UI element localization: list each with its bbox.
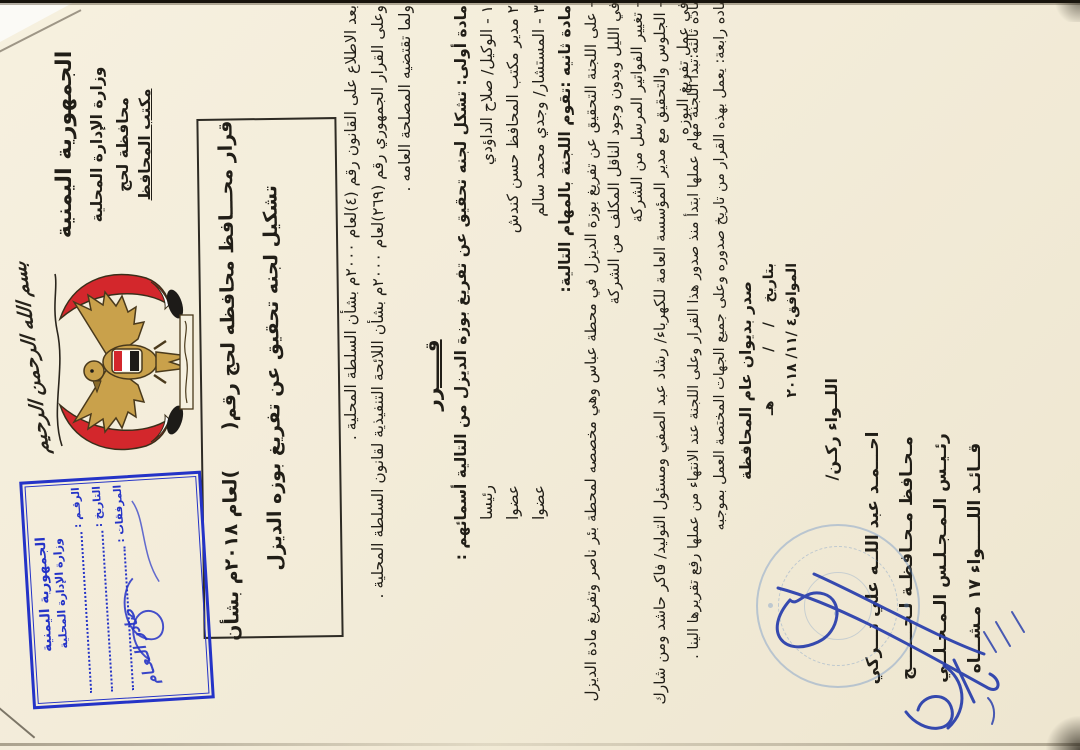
preamble-line: بعد الاطلاع على القانون رقم (٤)لعام ٢٠٠٠… [338,5,365,705]
office-name: مكتب المحافظ [138,17,154,272]
dotted-leader [93,531,113,692]
decree-title-box: قرار محـــافظ محافظه لحج رقم( )لعام ٢٠١٨… [196,117,343,639]
scan-corner-bottom-right [1046,716,1080,750]
member-row: ١ - الوكيل/ صلاح الداؤدي رئيسا [478,5,504,705]
decree-title-line1: قرار محـــافظ محافظه لحج رقم( )لعام ٢٠١٨… [214,120,243,636]
member-name: ٢ مدير مكتب المحافظ حسن كندش [504,5,522,233]
scanned-decree-document: بسم الله الرحمن الرحيم [0,0,1080,750]
stamp-number-row: الرقـم : [70,487,95,697]
article4: ماده رابعة: يعمل بهذه القرار من تاريخ صد… [712,0,728,710]
stamp-number-label: الرقـم : [70,487,84,528]
member-row: ٢ مدير مكتب المحافظ حسن كندش عضوا [504,5,530,705]
task-line: - تغيير الفواتير المرسل من الشركة [626,2,649,708]
issued-at-line: صدر بديوان عام المحافظة [736,263,756,498]
decree-word-wrap: قـــــرر [420,0,444,750]
ministry-name: وزارة الإدارة المحلية [90,17,106,272]
member-name: ١ - الوكيل/ صلاح الداؤدي [478,5,496,165]
member-name: ٣ - المستشار/ وجدي محمد سالم [530,5,548,217]
preamble-line: ولما تقتضيه المصلحة العامه . [392,5,419,705]
preamble-line: وعلى القرار الجمهوري رقم (٢٦٩)لعام ٢٠٠٠م… [365,5,392,705]
scan-corner-top-right [1054,0,1080,22]
gregorian-date-line: الموافق٤ /١١/ ٢٠١٨ [782,263,802,498]
decree-word: قـــــرر [420,339,444,410]
article1-intro: مادة أولى: تشكل لجنه تحقيق عن تفريغ بوزة… [452,5,470,705]
member-role: عضوا [530,485,548,520]
preamble: بعد الاطلاع على القانون رقم (٤)لعام ٢٠٠٠… [338,5,419,705]
registry-stamp: الجمهورية اليمنية وزارة الإدارة المحلية … [19,471,215,710]
article2-intro: مادة ثانيه :تقوم اللجنة بالمهام التالية: [556,5,574,705]
issuance-block: صدر بديوان عام المحافظة بتاريخ / / هـ ال… [736,263,802,498]
signatory-rank: اللــواء ركـن/ [822,378,841,528]
scan-corner-wedge [0,0,78,42]
stamp-date-row: التاريخ : [91,486,116,696]
member-role: رئيسا [478,485,496,520]
stamp-attachments-row: المرفقات : [112,484,137,694]
committee-members: ١ - الوكيل/ صلاح الداؤدي رئيسا ٢ مدير مك… [478,5,556,705]
dotted-leader [72,532,92,694]
task-line: - على اللجنة التحقيق عن تفريغ بوزة الديز… [580,2,626,708]
country-name: الجمهورية اليمنية [54,17,76,272]
article3: ماده ثالثه:تبدأ اللجنة مهام عملها ابتدأ … [686,0,702,710]
yemen-national-emblem-icon [48,257,200,467]
scan-top-edge-shadow [0,3,1080,5]
stamp-date-label: التاريخ : [91,486,105,528]
letterhead: الجمهورية اليمنية وزارة الإدارة المحلية … [54,17,154,272]
scan-bottom-streak [0,743,1080,746]
member-row: ٣ - المستشار/ وجدي محمد سالم عضوا [530,5,556,705]
governorate-name: محافظة لحج [116,17,132,272]
document-page: بسم الله الرحمن الرحيم [0,0,1080,750]
hijri-date-line: بتاريخ / / هـ [759,263,779,498]
stamp-attachments-label: المرفقات : [112,484,128,543]
article2-tasks: - على اللجنة التحقيق عن تفريغ بوزة الديز… [580,2,695,708]
handwritten-signature [756,510,1036,750]
member-role: عضوا [504,485,522,520]
decree-title-line2: تشكيل لجنه تحقيق عن تفريغ بوزه الديزل [258,120,287,636]
